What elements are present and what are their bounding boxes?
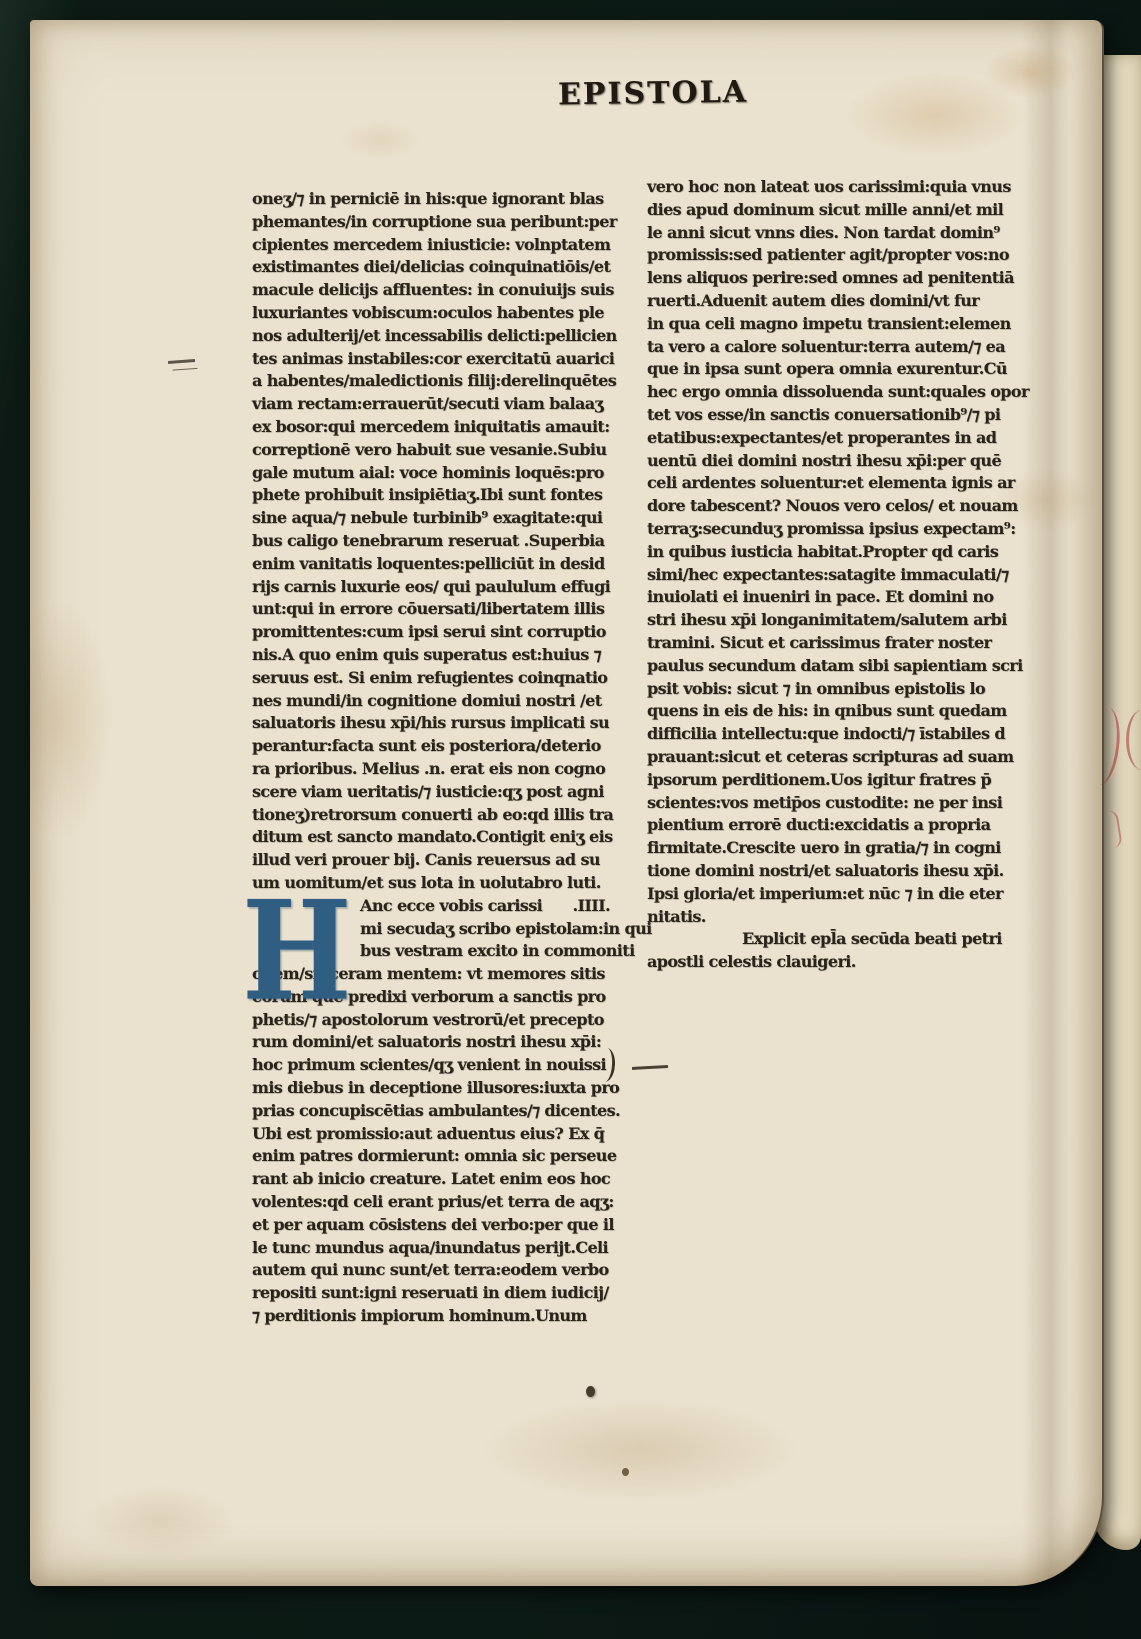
explicit-colophon-line: apostli celestis clauigeri. [647, 951, 1005, 974]
text-line: ipsorum perditionem.Uos igitur fratres p… [647, 769, 1005, 792]
text-line: tramini. Sicut et carissimus frater nost… [647, 632, 1005, 655]
text-line: ra prioribus. Melius .n. erat eis non co… [252, 758, 610, 781]
text-line: unt:qui in errore cōuersati/libertatem i… [252, 598, 610, 621]
book-page: EPISTOLA oneʒ/⁊ in perniciē in his:que i… [30, 20, 1104, 1586]
text-line: terraʒ:secunduʒ promissa ipsius expectam… [647, 518, 1005, 541]
left-text-column: oneʒ/⁊ in perniciē in his:que ignorant b… [252, 188, 610, 1328]
text-line: autem qui nunc sunt/et terra:eodem verbo [252, 1259, 610, 1282]
scanned-book-photo: { "colors": { "background": "#0c1914", "… [0, 0, 1141, 1639]
text-line: difficilia intellectu:que indocti/⁊ īsta… [647, 723, 1005, 746]
text-line: paulus secundum datam sibi sapientiam sc… [647, 655, 1005, 678]
text-line: volentes:qd celi erant prius/et terra de… [252, 1191, 610, 1214]
text-line: illud veri prouer bij. Canis reuersus ad… [252, 849, 610, 872]
text-line: firmitate.Crescite uero in gratia/⁊ in c… [647, 837, 1005, 860]
text-line: lens aliquos perire:sed omnes ad peniten… [647, 267, 1005, 290]
text-line: phemantes/in corruptione sua peribunt:pe… [252, 211, 610, 234]
text-line: ditum est sancto mandato.Contigit eniʒ e… [252, 826, 610, 849]
margin-ink-dashes [168, 359, 195, 364]
text-line: oneʒ/⁊ in perniciē in his:que ignorant b… [252, 188, 610, 211]
chapter-initial-block: H Anc ecce vobis carissi .IIII. mi secud… [252, 895, 610, 963]
text-line: promissis:sed patienter agit/propter vos… [647, 244, 1005, 267]
text-line: celi ardentes soluentur:et elementa igni… [647, 472, 1005, 495]
text-line: nis.A quo enim quis superatus est:huius … [252, 644, 610, 667]
text-line: rant ab inicio creature. Latet enim eos … [252, 1168, 610, 1191]
text-line: psit vobis: sicut ⁊ in omnibus epistolis… [647, 678, 1005, 701]
margin-dash-mark [632, 1065, 668, 1069]
text-line: saluatoris ihesu xp̄i/his rursus implica… [252, 712, 610, 735]
text-line: stri ihesu xp̄i longanimitatem/salutem a… [647, 609, 1005, 632]
text-line: prauant:sicut et ceteras scripturas ad s… [647, 746, 1005, 769]
text-line: perantur:facta sunt eis posteriora/deter… [252, 735, 610, 758]
lombard-initial-h: H [242, 883, 351, 1020]
explicit-colophon-line: Explicit epl̄a secūda beati petri [742, 928, 1005, 951]
text-line: seruus est. Si enim refugientes coinqnat… [252, 667, 610, 690]
text-line: bus vestram excito in commoniti [360, 940, 610, 963]
text-line: bus caligo tenebrarum reseruat .Superbia [252, 530, 610, 553]
text-line: promittentes:cum ipsi serui sint corrupt… [252, 621, 610, 644]
initial-line-text: Anc ecce vobis carissi [360, 895, 542, 918]
text-line: macule delicijs affluentes: in conuiuijs… [252, 279, 610, 302]
text-line: tioneʒ)retrorsum conuerti ab eo:qd illis… [252, 804, 610, 827]
text-line: a habentes/maledictionis filij:derelinqu… [252, 370, 610, 393]
text-line: vero hoc non lateat uos carissimi:quia v… [647, 176, 1005, 199]
text-line: nos adulterij/et incessabilis delicti:pe… [252, 325, 610, 348]
text-line: scientes:vos metip̄os custodite: ne per … [647, 792, 1005, 815]
text-line: cipientes mercedem iniusticie: volnptate… [252, 234, 610, 257]
text-line: tes animas instabiles:cor exercitatū aua… [252, 348, 610, 371]
text-line: sine aqua/⁊ nebule turbinib⁹ exagitate:q… [252, 507, 610, 530]
text-line: ta vero a calore soluentur:terra autem/⁊… [647, 336, 1005, 359]
text-line: rum domini/et saluatoris nostri ihesu xp… [252, 1031, 610, 1054]
text-line: Ubi est promissio:aut aduentus eius? Ex … [252, 1123, 610, 1146]
text-line: mis diebus in deceptione illusores:iuxta… [252, 1077, 610, 1100]
text-line: Anc ecce vobis carissi .IIII. [360, 895, 610, 918]
text-line: nitatis. [647, 906, 1005, 929]
text-line: hec ergo omnia dissoluenda sunt:quales o… [647, 381, 1005, 404]
text-line: in quibus iusticia habitat.Propter qd ca… [647, 541, 1005, 564]
text-line: repositi sunt:igni reseruati in diem iud… [252, 1282, 610, 1305]
right-text-column: vero hoc non lateat uos carissimi:quia v… [647, 176, 1005, 974]
text-line: gale mutum aial: voce hominis loquēs:pro [252, 462, 610, 485]
text-line: dies apud dominum sicut mille anni/et mi… [647, 199, 1005, 222]
text-line: luxuriantes vobiscum:oculos habentes ple [252, 302, 610, 325]
text-line: viam rectam:errauerūt/secuti viam balaaʒ [252, 393, 610, 416]
text-line: mi secudaʒ scribo epistolam:in qui [360, 918, 610, 941]
text-line: correptionē vero habuit sue vesanie.Subi… [252, 439, 610, 462]
text-line: phete prohibuit insipiētiaʒ.Ibi sunt fon… [252, 484, 610, 507]
text-line: uentū diei domini nostri ihesu xp̄i:per … [647, 450, 1005, 473]
text-line: nes mundi/in cognitione domiui nostri /e… [252, 690, 610, 713]
text-line: enim patres dormierunt: omnia sic perseu… [252, 1145, 610, 1168]
text-line: dore tabescent? Nouos vero celos/ et nou… [647, 495, 1005, 518]
text-line: le anni sicut vnns dies. Non tardat domi… [647, 222, 1005, 245]
text-line: et per aquam cōsistens dei verbo:per que… [252, 1214, 610, 1237]
text-line: le tunc mundus aqua/inundatus perijt.Cel… [252, 1237, 610, 1260]
text-line: existimantes diei/delicias coinquinatiōi… [252, 256, 610, 279]
text-line: quens in eis de his: in qnibus sunt qued… [647, 700, 1005, 723]
chapter-number: .IIII. [573, 895, 610, 918]
text-line: inuiolati ei inueniri in pace. Et domini… [647, 586, 1005, 609]
text-line: ruerti.Aduenit autem dies domini/vt fur [647, 290, 1005, 313]
text-line: ⁊ perditionis impiorum hominum.Unum [252, 1305, 610, 1328]
left-column-upper-lines: oneʒ/⁊ in perniciē in his:que ignorant b… [252, 188, 610, 895]
text-line: ex bosor:qui mercedem iniquitatis amauit… [252, 416, 610, 439]
text-line: rijs carnis luxurie eos/ qui paululum ef… [252, 576, 610, 599]
text-line: simi/hec expectantes:satagite immaculati… [647, 564, 1005, 587]
text-line: in qua celi magno impetu transient:eleme… [647, 313, 1005, 336]
running-title: EPISTOLA [558, 75, 748, 113]
ink-dot [586, 1386, 595, 1397]
text-line: etatibus:expectantes/et properantes in a… [647, 427, 1005, 450]
text-line: scere viam ueritatis/⁊ iusticie:qʒ post … [252, 781, 610, 804]
text-line: tione domini nostri/et saluatoris ihesu … [647, 860, 1005, 883]
right-column-lines: vero hoc non lateat uos carissimi:quia v… [647, 176, 1005, 928]
text-line: prias concupiscētias ambulantes/⁊ dicent… [252, 1100, 610, 1123]
text-line: Ipsi gloria/et imperium:et nūc ⁊ in die … [647, 883, 1005, 906]
text-line: pientium errorē ducti:excidatis a propri… [647, 814, 1005, 837]
text-line: que in ipsa sunt opera omnia exurentur.C… [647, 358, 1005, 381]
text-line: tet vos esse/in sanctis conuersationib⁹/… [647, 404, 1005, 427]
ink-dot [622, 1468, 629, 1476]
text-line: enim vanitatis loquentes:pelliciūt in de… [252, 553, 610, 576]
text-line: hoc primum scientes/qʒ venient in nouiss… [252, 1054, 610, 1077]
